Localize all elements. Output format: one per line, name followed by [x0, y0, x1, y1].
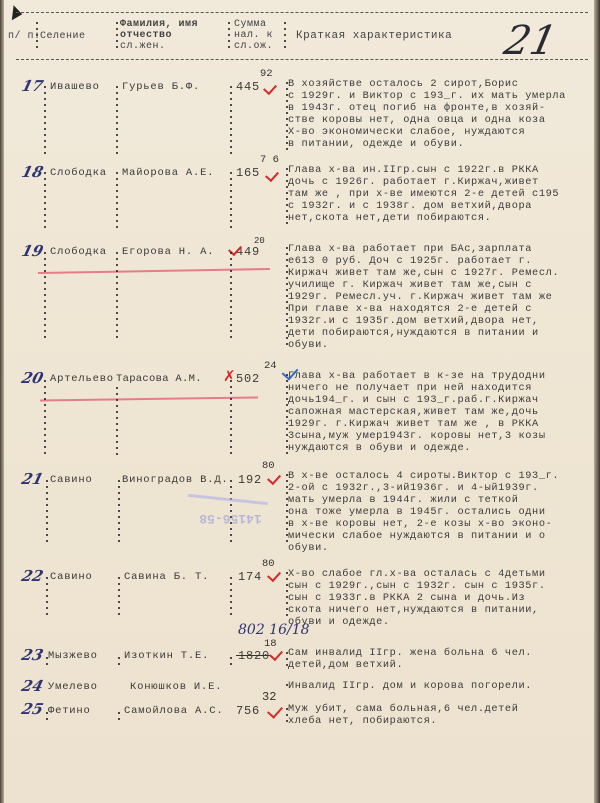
- col-separator: [116, 170, 118, 228]
- header-col-separator: [36, 20, 38, 52]
- strikethrough: [236, 655, 270, 656]
- col-separator: [44, 84, 46, 154]
- row-annotation: 7 6: [260, 154, 279, 166]
- row-village: Умелево: [48, 681, 98, 693]
- row-name: Виноградов В.Д.: [122, 474, 229, 486]
- col-separator: [46, 575, 48, 619]
- col-separator: [230, 655, 232, 667]
- row-number: 17: [20, 77, 45, 95]
- red-check-icon: [267, 568, 281, 582]
- row-village: Мызжево: [48, 650, 98, 662]
- row-village: Слободка: [50, 246, 107, 258]
- row-description: В х-ве осталось 4 сироты.Виктор с 193_г.…: [288, 470, 590, 554]
- row-description: Х-во слабое гл.х-ва осталась с 4детьмисы…: [288, 568, 590, 628]
- col-separator: [118, 575, 120, 619]
- col-separator: [116, 250, 118, 342]
- row-annotation: 80: [262, 460, 275, 472]
- col-separator: [44, 250, 46, 342]
- col-separator: [46, 655, 48, 667]
- header-col-separator: [284, 20, 286, 52]
- header-col-name-3: сл.жен.: [120, 41, 166, 52]
- red-underline: [40, 396, 258, 401]
- row-name: Егорова Н. А.: [122, 246, 214, 258]
- header-col-name-2: отчество: [120, 30, 172, 41]
- row-description: Инвалид IIгр. дом и корова погорели.: [288, 680, 590, 692]
- row-sum: 445: [236, 81, 260, 93]
- row-description: Глава х-ва работает в к-зе на трудоднини…: [288, 370, 590, 454]
- row-description: Глава х-ва работает при БАс,зарплатае613…: [288, 243, 590, 351]
- red-check-icon: [263, 81, 277, 95]
- row-name: Гурьев Б.Ф.: [122, 81, 200, 93]
- row-name: Савина Б. Т.: [124, 571, 209, 583]
- row-annotation: 20: [254, 236, 265, 246]
- header-col-village: Селение: [40, 31, 86, 42]
- red-underline: [38, 268, 270, 274]
- row-village: Савино: [50, 474, 93, 486]
- header-col-sum-3: сл.ож.: [234, 41, 273, 52]
- row-sum-struck: 1820: [238, 650, 270, 662]
- page-edge-left: [0, 0, 4, 803]
- archive-stamp: 14156-58: [183, 505, 278, 525]
- col-separator: [46, 710, 48, 722]
- row-number: 25: [20, 700, 45, 718]
- col-separator: [230, 575, 232, 619]
- stamp-mark: [188, 494, 268, 505]
- red-check-icon: [267, 471, 281, 485]
- col-separator: [230, 170, 232, 228]
- col-separator: [118, 655, 120, 667]
- col-separator: [116, 84, 118, 154]
- handwritten-note: 802 16/18: [238, 622, 310, 638]
- row-name: Майорова А.Е.: [122, 167, 214, 179]
- row-number: 21: [20, 470, 45, 488]
- header-col-description: Краткая характеристика: [296, 31, 452, 42]
- row-name: Конюшков И.Е.: [130, 681, 222, 693]
- row-name: Самойлова А.С.: [124, 705, 223, 717]
- row-village: Фетино: [48, 705, 91, 717]
- row-sum: 165: [236, 167, 260, 179]
- col-separator: [118, 710, 120, 722]
- header-col-separator: [116, 20, 118, 52]
- header-col-name-1: Фамилия, имя: [120, 19, 198, 30]
- header-col-separator: [228, 20, 230, 52]
- row-annotation: 32: [262, 690, 276, 704]
- row-description: В хозяйстве осталось 2 сирот,Борисс 1929…: [288, 78, 590, 150]
- row-sum: 756: [236, 705, 260, 717]
- row-number: 23: [20, 646, 45, 664]
- row-village: Савино: [50, 571, 93, 583]
- row-number: 19: [20, 242, 45, 260]
- header-col-sum-1: Сумма: [234, 19, 267, 30]
- document-page: п/ п: Селение Фамилия, имя отчество сл.ж…: [0, 0, 600, 803]
- col-separator: [230, 378, 232, 458]
- red-check-icon: [267, 702, 283, 718]
- header-top-rule: [16, 12, 588, 13]
- col-separator: [230, 84, 232, 154]
- row-description: Муж убит, сама больная,6 чел.детейхлеба …: [288, 703, 590, 727]
- row-annotation: 80: [262, 558, 275, 570]
- row-description: Глава х-ва ин.IIгр.сын с 1922г.в РККАдоч…: [288, 164, 590, 224]
- row-number: 18: [20, 163, 45, 181]
- row-village: Ивашево: [50, 81, 100, 93]
- col-separator: [230, 250, 232, 342]
- row-number: 20: [20, 369, 45, 387]
- row-annotation: 92: [260, 68, 273, 80]
- header-col-sum-2: нал. к: [234, 30, 273, 41]
- col-separator: [116, 385, 118, 458]
- row-sum: 174: [238, 571, 262, 583]
- row-village: Слободка: [50, 167, 107, 179]
- page-edge-right: [594, 0, 600, 803]
- red-check-icon: [265, 168, 279, 182]
- row-name: Изоткин Т.Е.: [124, 650, 209, 662]
- row-number: 24: [20, 677, 45, 695]
- row-name: Тарасова А.М.: [116, 373, 202, 385]
- row-number: 22: [20, 567, 45, 585]
- page-number: 21: [500, 18, 561, 64]
- row-village: Артельево: [50, 373, 114, 385]
- row-sum: 502: [236, 373, 260, 385]
- col-separator: [44, 378, 46, 458]
- col-separator: [118, 478, 120, 544]
- col-separator: [44, 170, 46, 228]
- row-description: Сам инвалид IIгр. жена больна 6 чел.дете…: [288, 647, 590, 671]
- row-sum: 192: [238, 474, 262, 486]
- col-separator: [46, 478, 48, 544]
- row-annotation: 24: [264, 360, 277, 372]
